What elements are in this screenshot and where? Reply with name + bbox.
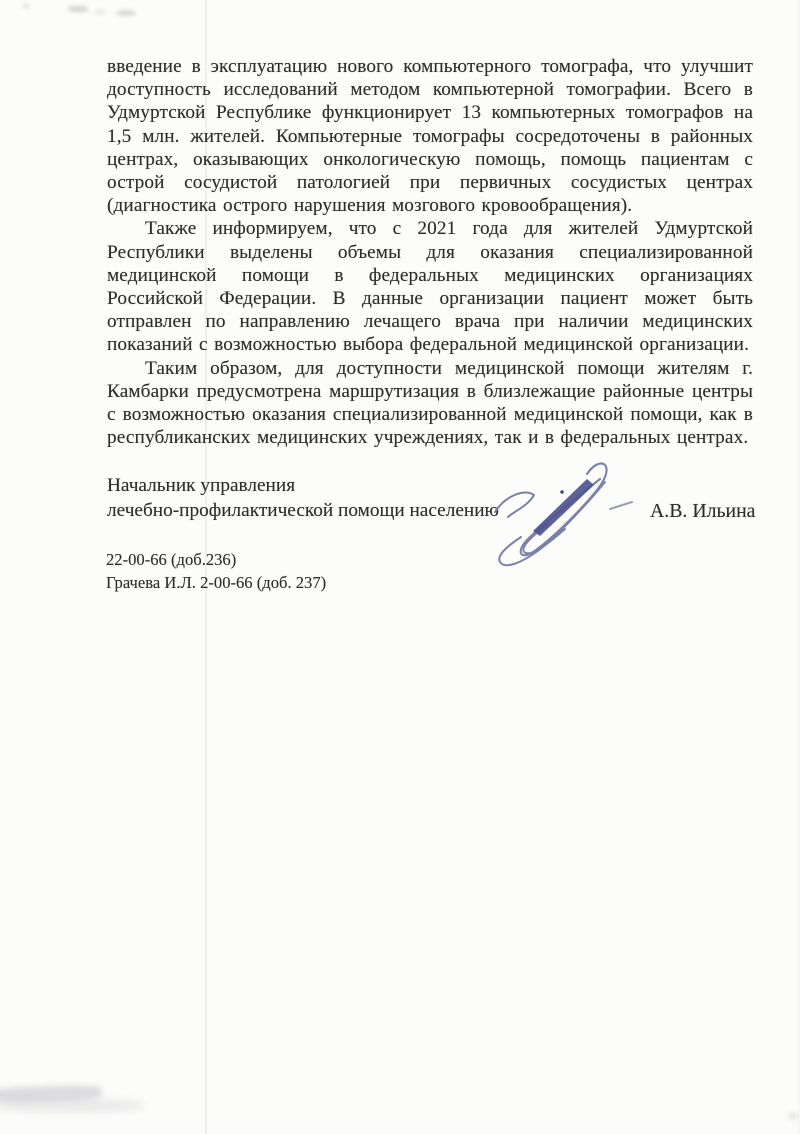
signoff-title-line1: Начальник управления [107,474,527,499]
scan-speck-bottom-right [788,1112,798,1120]
contact-phone-line: 22-00-66 (доб.236) [106,548,326,571]
handwritten-signature [487,452,652,572]
scan-smudge-top [68,6,88,12]
signature-ink-icon [487,452,652,572]
paragraph-3: Таким образом, для доступности медицинск… [107,357,753,450]
signer-name: А.В. Ильина [650,500,755,522]
paragraph-continuation: введение в эксплуатацию нового компьютер… [107,55,753,217]
letter-body: введение в эксплуатацию нового компьютер… [107,55,753,449]
scanned-letter-page: введение в эксплуатацию нового компьютер… [0,0,800,1134]
contact-person-line: Грачева И.Л. 2-00-66 (доб. 237) [106,571,326,594]
scan-smudge-top [94,10,106,14]
signoff-title-line2: лечебно-профилактической помощи населени… [107,499,527,524]
scan-smudge-top [116,10,136,16]
footer-contact: 22-00-66 (доб.236) Грачева И.Л. 2-00-66 … [106,548,326,594]
paragraph-2: Также информируем, что с 2021 года для ж… [107,217,753,356]
scan-smudge-top [22,4,30,8]
scan-smudge-bottom-left [0,1099,144,1112]
signoff-title: Начальник управления лечебно-профилактич… [107,474,527,523]
